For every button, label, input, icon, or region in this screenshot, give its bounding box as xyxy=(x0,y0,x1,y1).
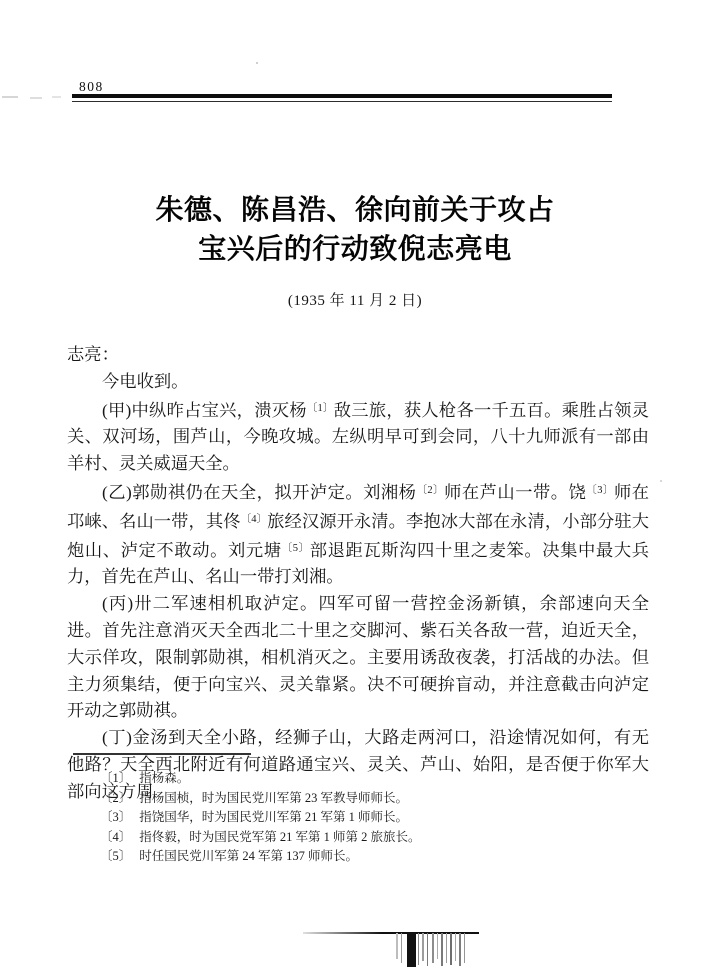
footnote-text: 指佟毅，时为国民党军第 21 军第 1 师第 2 旅旅长。 xyxy=(139,830,420,844)
footnotes: 〔1〕指杨森。〔2〕指杨国桢，时为国民党川军第 23 军教导师师长。〔3〕指饶国… xyxy=(100,769,640,867)
footnote-marker: 〔2〕 xyxy=(100,789,131,809)
body-paragraphs: 今电收到。(甲)中纵昨占宝兴，溃灭杨〔1〕敌三旅，获人枪各一千五百。乘胜占领灵关… xyxy=(67,369,649,806)
body-paragraph: (甲)中纵昨占宝兴，溃灭杨〔1〕敌三旅，获人枪各一千五百。乘胜占领灵关、双河场，… xyxy=(67,396,649,478)
footnote-text: 指杨森。 xyxy=(139,771,189,785)
body-paragraph: (乙)郭勋祺仍在天全，拟开泸定。刘湘杨〔2〕师在芦山一带。饶〔3〕师在邛崃、名山… xyxy=(67,478,649,591)
footnote-item: 〔3〕指饶国华，时为国民党川军第 21 军第 1 师师长。 xyxy=(100,808,640,828)
header-rule-thin xyxy=(72,101,612,103)
scan-stripe-artifact xyxy=(418,933,419,965)
footnote-item: 〔2〕指杨国桢，时为国民党川军第 23 军教导师师长。 xyxy=(100,789,640,809)
scan-stripe-artifact xyxy=(464,933,465,963)
footnote-text: 指杨国桢，时为国民党川军第 23 军教导师师长。 xyxy=(139,791,408,805)
footnote-reference: 〔1〕 xyxy=(307,403,334,414)
document-title-line1: 朱德、陈昌浩、徐向前关于攻占 xyxy=(0,190,710,229)
footnote-reference: 〔2〕 xyxy=(416,485,444,496)
footnote-marker: 〔1〕 xyxy=(100,769,131,789)
document-body: 志亮： 今电收到。(甲)中纵昨占宝兴，溃灭杨〔1〕敌三旅，获人枪各一千五百。乘胜… xyxy=(67,342,649,806)
footnote-reference: 〔4〕 xyxy=(241,514,268,525)
scan-stripe-artifact xyxy=(396,933,398,959)
scan-stripe-artifact xyxy=(459,933,461,966)
footnote-marker: 〔3〕 xyxy=(100,808,131,828)
document-title-line2: 宝兴后的行动致倪志亮电 xyxy=(0,229,710,268)
footnote-reference: 〔5〕 xyxy=(282,543,310,554)
footnote-marker: 〔4〕 xyxy=(100,828,131,848)
scan-speck-artifact xyxy=(256,62,258,64)
scan-stripe-artifact xyxy=(450,933,452,965)
document-date: (1935 年 11 月 2 日) xyxy=(0,289,710,310)
salutation: 志亮： xyxy=(67,342,649,369)
footnote-item: 〔5〕时任国民党川军第 24 军第 137 师师长。 xyxy=(100,847,640,867)
scan-stripe-artifact xyxy=(432,933,434,963)
footnote-text: 时任国民党川军第 24 军第 137 师师长。 xyxy=(139,849,358,863)
scanned-document-page: 808 朱德、陈昌浩、徐向前关于攻占 宝兴后的行动致倪志亮电 (1935 年 1… xyxy=(0,0,710,980)
scan-stripe-artifact xyxy=(455,933,456,961)
footnote-item: 〔4〕指佟毅，时为国民党军第 21 军第 1 师第 2 旅旅长。 xyxy=(100,828,640,848)
scan-stripe-artifact xyxy=(401,933,402,963)
scan-stripe-artifact xyxy=(441,933,443,966)
scan-dash-artifact xyxy=(52,96,61,98)
footnote-separator-rule xyxy=(73,753,251,755)
page-number: 808 xyxy=(79,79,104,95)
body-paragraph: (丙)卅二军速相机取泸定。四军可留一营控金汤新镇，余部速向天全进。首先注意消灭天… xyxy=(67,591,649,725)
header-rule-thick xyxy=(72,94,612,98)
scan-stripe-artifact xyxy=(422,933,424,961)
scan-speck-artifact xyxy=(660,480,662,482)
scan-dash-artifact xyxy=(2,96,18,98)
document-title: 朱德、陈昌浩、徐向前关于攻占 宝兴后的行动致倪志亮电 xyxy=(0,190,710,268)
scan-line-artifact xyxy=(303,932,479,934)
footnote-reference: 〔3〕 xyxy=(586,485,614,496)
footnote-marker: 〔5〕 xyxy=(100,847,131,867)
scan-stripe-artifact xyxy=(407,933,416,967)
scan-stripe-artifact xyxy=(437,933,438,959)
footnote-item: 〔1〕指杨森。 xyxy=(100,769,640,789)
scan-stripe-artifact xyxy=(446,933,447,963)
scan-dash-artifact xyxy=(30,97,42,99)
footnote-text: 指饶国华，时为国民党川军第 21 军第 1 师师长。 xyxy=(139,810,408,824)
scan-stripe-artifact xyxy=(427,933,428,966)
body-paragraph: 今电收到。 xyxy=(67,369,649,396)
